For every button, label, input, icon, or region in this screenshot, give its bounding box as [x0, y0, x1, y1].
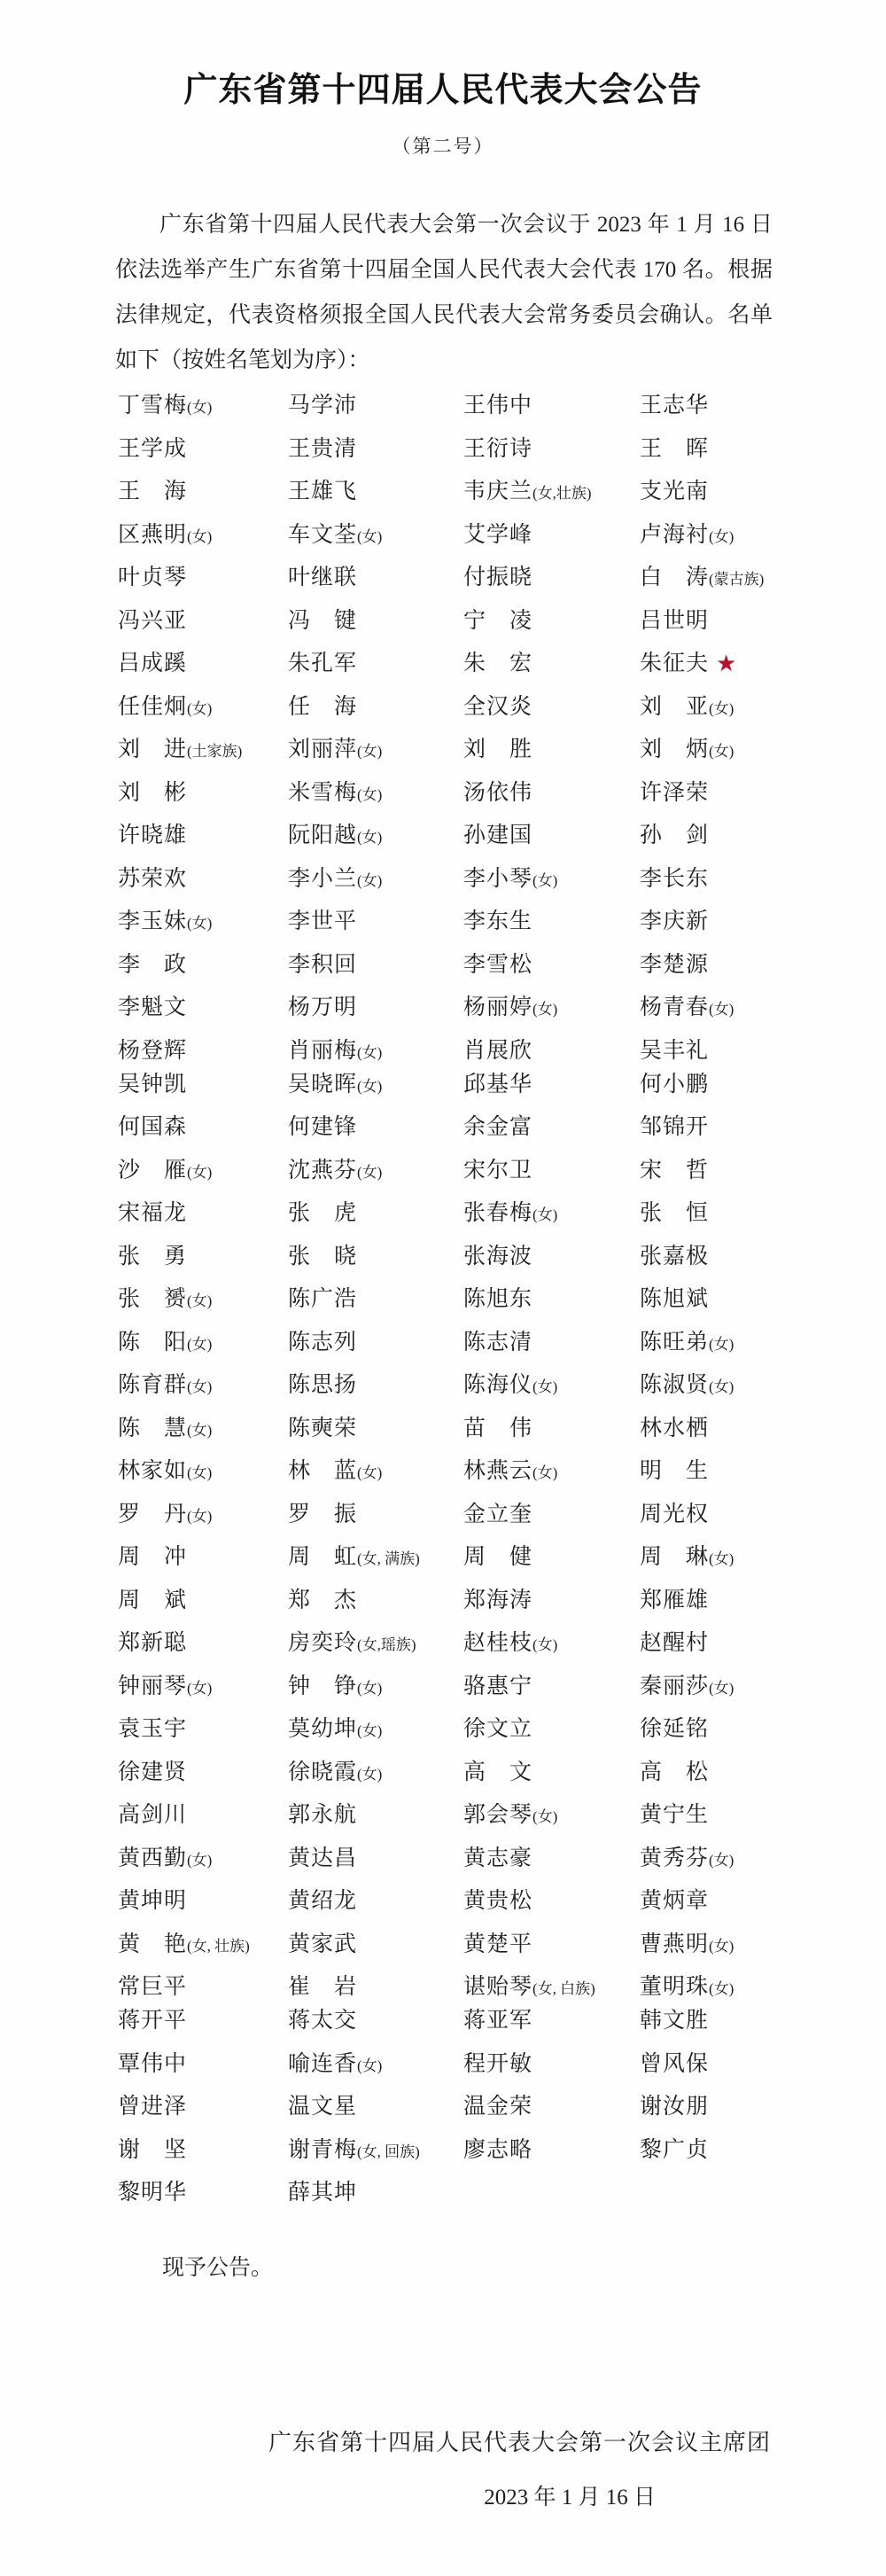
delegate-entry: 高剑川 [118, 1797, 288, 1829]
delegate-name: 王衍诗 [463, 437, 532, 461]
delegate-name: 董明珠 [640, 1975, 709, 1999]
delegate-entry: 韩文胜 [640, 2002, 833, 2034]
delegate-name: 温文星 [288, 2095, 357, 2119]
delegate-entry: 徐晓霞(女) [288, 1754, 463, 1786]
delegate-entry: 区燕明(女) [118, 517, 288, 549]
delegate-name: 罗 振 [288, 1503, 357, 1526]
gender-ethnicity-label: (女) [532, 1378, 557, 1395]
delegate-name: 朱 宏 [463, 652, 532, 675]
gender-ethnicity-label: (女) [187, 1164, 212, 1181]
intro-paragraph: 广东省第十四届人民代表大会第一次会议于 2023 年 1 月 16 日依法选举产… [115, 202, 773, 383]
gender-ethnicity-label: (女) [532, 1636, 557, 1653]
delegate-name: 莫幼坤 [288, 1717, 357, 1741]
delegate-name: 赵醒村 [640, 1631, 709, 1655]
delegate-name: 崔 岩 [288, 1975, 357, 1999]
delegate-name: 骆惠宁 [463, 1674, 532, 1698]
closing-line: 现予公告。 [118, 2250, 273, 2282]
delegate-entry: 林家如(女) [118, 1453, 288, 1485]
delegate-entry: 周 斌 [118, 1582, 288, 1614]
issuer-signature: 广东省第十四届人民代表大会第一次会议主席团 [268, 2424, 771, 2457]
delegate-row: 杨登辉肖丽梅(女)肖展欣吴丰礼 [118, 1033, 833, 1066]
delegate-row: 吴钟凯吴晓晖(女)邱基华何小鹏 [118, 1066, 833, 1110]
delegate-name: 许晓雄 [118, 824, 187, 847]
delegate-row: 丁雪梅(女)马学沛王伟中王志华 [118, 387, 833, 431]
delegate-name: 杨丽婷 [463, 995, 532, 1019]
delegate-name: 黄志豪 [463, 1846, 532, 1870]
delegate-entry: 谢青梅(女, 回族) [288, 2132, 463, 2164]
delegate-entry: 黄绍龙 [288, 1883, 463, 1915]
delegate-entry: 王 海 [118, 473, 288, 505]
delegate-name: 何国森 [118, 1115, 187, 1139]
delegate-row: 吕成蹊朱孔军朱 宏朱征夫★ [118, 645, 833, 689]
gender-ethnicity-label: (女) [187, 1680, 212, 1697]
delegate-name: 吴钟凯 [118, 1073, 187, 1097]
delegate-entry: 丁雪梅(女) [118, 387, 288, 419]
delegate-name: 刘 亚 [640, 695, 709, 719]
delegate-name: 朱征夫 [640, 652, 709, 675]
delegate-entry: 李小琴(女) [463, 861, 640, 893]
delegate-name: 冯 键 [288, 609, 357, 633]
gender-ethnicity-label: (女) [187, 1422, 212, 1439]
gender-ethnicity-label: (女) [709, 743, 734, 760]
delegate-entry: 李雪松 [463, 947, 640, 979]
delegate-entry: 米雪梅(女) [288, 775, 463, 807]
delegate-entry: 周 健 [463, 1539, 640, 1571]
delegate-name: 黄楚平 [463, 1932, 532, 1956]
delegate-name: 黄宁生 [640, 1803, 709, 1827]
delegate-entry: 黎广贞 [640, 2132, 833, 2164]
delegate-entry: 付振晓 [463, 559, 640, 591]
gender-ethnicity-label: (女) [357, 1164, 382, 1181]
gender-ethnicity-label: (女) [709, 1336, 734, 1353]
delegate-name: 赵桂枝 [463, 1631, 532, 1655]
delegate-name: 任佳炯 [118, 695, 187, 719]
document-title: 广东省第十四届人民代表大会公告 [0, 0, 886, 111]
delegate-row: 李玉妹(女)李世平李东生李庆新 [118, 903, 833, 947]
delegate-row: 宋福龙张 虎张春梅(女)张 恒 [118, 1195, 833, 1238]
delegate-name: 蒋太交 [288, 2009, 357, 2033]
delegate-entry: 杨丽婷(女) [463, 989, 640, 1021]
delegate-name: 叶贞琴 [118, 566, 187, 589]
delegate-entry: 廖志略 [463, 2132, 640, 2164]
delegate-name: 陈志清 [463, 1331, 532, 1354]
gender-ethnicity-label: (女, 壮族) [187, 1938, 250, 1955]
delegate-entry: 黄秀芬(女) [640, 1840, 833, 1872]
delegate-entry: 薛其坤 [288, 2174, 463, 2206]
gender-ethnicity-label: (女) [357, 1680, 382, 1697]
delegate-entry: 高 松 [640, 1754, 833, 1786]
delegate-name: 朱孔军 [288, 652, 357, 675]
delegate-entry: 蒋亚军 [463, 2002, 640, 2034]
delegate-row: 冯兴亚冯 键宁 凌吕世明 [118, 603, 833, 646]
delegate-row: 覃伟中喻连香(女)程开敏曾风保 [118, 2046, 833, 2089]
delegate-entry: 程开敏 [463, 2046, 640, 2078]
delegate-row: 周 斌郑 杰郑海涛郑雁雄 [118, 1582, 833, 1626]
delegate-row: 黄 艳(女, 壮族)黄家武黄楚平曹燕明(女) [118, 1926, 833, 1970]
delegate-row: 高剑川郭永航郭会琴(女)黄宁生 [118, 1797, 833, 1840]
delegate-entry: 罗 振 [288, 1496, 463, 1528]
delegate-name: 黄贵松 [463, 1889, 532, 1913]
delegate-entry: 秦丽莎(女) [640, 1668, 833, 1700]
delegate-row: 许晓雄阮阳越(女)孙建国孙 剑 [118, 817, 833, 861]
delegate-entry: 王雄飞 [288, 473, 463, 505]
delegate-name: 刘 彬 [118, 781, 187, 805]
delegate-name: 杨登辉 [118, 1039, 187, 1063]
delegate-entry: 朱孔军 [288, 645, 463, 677]
delegate-name: 王伟中 [463, 394, 532, 418]
delegate-entry: 艾学峰 [463, 517, 640, 549]
delegate-entry: 孙建国 [463, 817, 640, 849]
delegate-entry: 林 蓝(女) [288, 1453, 463, 1485]
delegate-name: 李庆新 [640, 909, 709, 933]
delegate-row: 罗 丹(女)罗 振金立奎周光权 [118, 1496, 833, 1540]
delegate-entry: 黄楚平 [463, 1926, 640, 1958]
delegate-name: 吴晓晖 [288, 1073, 357, 1097]
delegate-entry: 骆惠宁 [463, 1668, 640, 1700]
gender-ethnicity-label: (女) [709, 1938, 734, 1955]
delegate-name: 李魁文 [118, 995, 187, 1019]
delegate-entry: 李积回 [288, 947, 463, 979]
delegate-entry: 孙 剑 [640, 817, 833, 849]
delegate-entry: 林水栖 [640, 1410, 833, 1442]
delegate-name: 林 蓝 [288, 1459, 357, 1483]
delegate-entry: 李庆新 [640, 903, 833, 935]
delegate-name: 王雄飞 [288, 480, 357, 503]
delegate-row: 蒋开平蒋太交蒋亚军韩文胜 [118, 2002, 833, 2046]
delegate-name: 邹锦开 [640, 1115, 709, 1139]
delegate-entry: 郭永航 [288, 1797, 463, 1829]
delegate-row: 黄坤明黄绍龙黄贵松黄炳章 [118, 1883, 833, 1926]
delegate-entry: 刘 进(土家族) [118, 731, 288, 763]
delegate-name: 谢青梅 [288, 2138, 357, 2162]
delegate-row: 王 海王雄飞韦庆兰(女,壮族)支光南 [118, 473, 833, 517]
delegate-name: 米雪梅 [288, 781, 357, 805]
delegate-name: 阮阳越 [288, 824, 357, 847]
delegate-name: 郑新聪 [118, 1631, 187, 1655]
delegate-entry: 张 勇 [118, 1238, 288, 1270]
gender-ethnicity-label: (女) [187, 1508, 212, 1525]
delegate-entry: 陈旭斌 [640, 1281, 833, 1313]
delegate-entry: 罗 丹(女) [118, 1496, 288, 1528]
gender-ethnicity-label: (女) [357, 1722, 382, 1739]
delegate-row: 林家如(女)林 蓝(女)林燕云(女)明 生 [118, 1453, 833, 1496]
gender-ethnicity-label: (女) [357, 1044, 382, 1061]
gender-ethnicity-label: (女) [357, 872, 382, 889]
delegate-name: 周光权 [640, 1503, 709, 1526]
delegate-name: 陈 慧 [118, 1417, 187, 1440]
delegate-name: 付振晓 [463, 566, 532, 589]
delegate-name: 黄西勤 [118, 1846, 187, 1870]
delegate-name: 吕成蹊 [118, 652, 187, 675]
delegate-entry: 黄炳章 [640, 1883, 833, 1915]
delegate-entry: 卢海衬(女) [640, 517, 833, 549]
delegate-entry: 黄贵松 [463, 1883, 640, 1915]
delegate-entry: 吕成蹊 [118, 645, 288, 677]
delegate-name: 马学沛 [288, 394, 357, 418]
delegate-name: 何建锋 [288, 1115, 357, 1139]
gender-ethnicity-label: (女,瑶族) [357, 1636, 416, 1653]
announcement-document: 广东省第十四届人民代表大会公告 （第二号） 广东省第十四届人民代表大会第一次会议… [0, 0, 886, 2576]
delegate-name: 许泽荣 [640, 781, 709, 805]
delegate-entry: 陈 阳(女) [118, 1324, 288, 1356]
delegate-name: 陈旭斌 [640, 1287, 709, 1311]
delegate-name: 金立奎 [463, 1503, 532, 1526]
delegate-name: 苏荣欢 [118, 867, 187, 891]
delegate-entry: 全汉炎 [463, 689, 640, 721]
delegate-name: 宋福龙 [118, 1201, 187, 1225]
delegate-name: 李楚源 [640, 953, 709, 977]
delegate-row: 袁玉宇莫幼坤(女)徐文立徐延铭 [118, 1711, 833, 1754]
delegate-name: 林家如 [118, 1459, 187, 1483]
delegate-name: 李积回 [288, 953, 357, 977]
delegate-name: 邱基华 [463, 1073, 532, 1097]
delegate-name: 陈育群 [118, 1373, 187, 1397]
document-number: （第二号） [0, 132, 886, 159]
delegate-row: 陈 慧(女)陈奭荣苗 伟林水栖 [118, 1410, 833, 1454]
delegate-entry: 吴丰礼 [640, 1033, 833, 1065]
gender-ethnicity-label: (女) [357, 786, 382, 803]
delegate-entry: 张春梅(女) [463, 1195, 640, 1227]
delegate-entry: 冯兴亚 [118, 603, 288, 635]
delegate-name: 陈 阳 [118, 1331, 187, 1354]
delegate-entry: 宋 哲 [640, 1152, 833, 1184]
delegate-entry: 刘 亚(女) [640, 689, 833, 721]
gender-ethnicity-label: (女) [709, 1001, 734, 1018]
delegate-name: 徐延铭 [640, 1717, 709, 1741]
delegate-entry: 邹锦开 [640, 1109, 833, 1141]
delegate-row: 张 赟(女)陈广浩陈旭东陈旭斌 [118, 1281, 833, 1324]
delegate-name: 王 海 [118, 480, 187, 503]
delegate-entry: 郑海涛 [463, 1582, 640, 1614]
delegate-row: 陈 阳(女)陈志列陈志清陈旺弟(女) [118, 1324, 833, 1368]
delegate-name: 李雪松 [463, 953, 532, 977]
gender-ethnicity-label: (女) [709, 1550, 734, 1567]
delegate-entry: 宋尔卫 [463, 1152, 640, 1184]
delegate-name: 廖志略 [463, 2138, 532, 2162]
gender-ethnicity-label: (女) [709, 528, 734, 545]
gender-ethnicity-label: (女) [357, 743, 382, 760]
delegate-name: 程开敏 [463, 2052, 532, 2076]
gender-ethnicity-label: (女, 回族) [357, 2143, 420, 2160]
delegate-entry: 蒋太交 [288, 2002, 463, 2034]
delegate-row: 苏荣欢李小兰(女)李小琴(女)李长东 [118, 861, 833, 904]
delegate-row: 郑新聪房奕玲(女,瑶族)赵桂枝(女)赵醒村 [118, 1625, 833, 1668]
gender-ethnicity-label: (女) [187, 1336, 212, 1353]
gender-ethnicity-label: (女) [187, 399, 212, 416]
delegate-name: 李小琴 [463, 867, 532, 891]
delegate-entry: 徐文立 [463, 1711, 640, 1743]
delegate-name: 余金富 [463, 1115, 532, 1139]
delegate-entry: 肖展欣 [463, 1033, 640, 1065]
delegate-entry: 徐延铭 [640, 1711, 833, 1743]
delegate-entry: 黄宁生 [640, 1797, 833, 1829]
delegate-entry: 韦庆兰(女,壮族) [463, 473, 640, 505]
delegate-name: 周 虹 [288, 1545, 357, 1569]
delegate-name: 高 文 [463, 1760, 532, 1784]
delegate-name: 张 勇 [118, 1245, 187, 1268]
delegate-name: 钟丽琴 [118, 1674, 187, 1698]
delegate-entry: 郑新聪 [118, 1625, 288, 1657]
delegate-entry: 冯 键 [288, 603, 463, 635]
delegate-name: 陈淑贤 [640, 1373, 709, 1397]
delegate-row: 李 政李积回李雪松李楚源 [118, 947, 833, 990]
delegate-name: 谢汝朋 [640, 2095, 709, 2119]
delegate-name: 卢海衬 [640, 523, 709, 547]
delegate-entry: 钟丽琴(女) [118, 1668, 288, 1700]
delegate-entry: 钟 铮(女) [288, 1668, 463, 1700]
delegate-name: 秦丽莎 [640, 1674, 709, 1698]
delegate-name: 支光南 [640, 480, 709, 503]
delegate-name: 张 恒 [640, 1201, 709, 1225]
delegate-name: 王志华 [640, 394, 709, 418]
delegate-entry: 王伟中 [463, 387, 640, 419]
delegate-entry: 马学沛 [288, 387, 463, 419]
delegate-entry: 赵醒村 [640, 1625, 833, 1657]
delegate-row: 张 勇张 晓张海波张嘉极 [118, 1238, 833, 1282]
delegate-entry: 吴晓晖(女) [288, 1066, 463, 1098]
gender-ethnicity-label: (女) [357, 1766, 382, 1783]
gender-ethnicity-label: (女) [357, 1078, 382, 1095]
gender-ethnicity-label: (女) [187, 1852, 212, 1869]
delegate-entry: 明 生 [640, 1453, 833, 1485]
gender-ethnicity-label: (女) [187, 700, 212, 717]
delegate-entry: 曾风保 [640, 2046, 833, 2078]
issue-date: 2023 年 1 月 16 日 [484, 2479, 656, 2511]
delegate-row: 徐建贤徐晓霞(女)高 文高 松 [118, 1754, 833, 1798]
delegate-name: 郑雁雄 [640, 1589, 709, 1612]
delegate-entry: 崔 岩 [288, 1969, 463, 2001]
delegate-name: 艾学峰 [463, 523, 532, 547]
gender-ethnicity-label: (女) [357, 829, 382, 846]
delegate-name: 曾风保 [640, 2052, 709, 2076]
delegate-name: 王学成 [118, 437, 187, 461]
delegate-entry: 许泽荣 [640, 775, 833, 807]
gender-ethnicity-label: (女,壮族) [532, 485, 592, 502]
delegate-name: 李世平 [288, 909, 357, 933]
gender-ethnicity-label: (女) [709, 1852, 734, 1869]
gender-ethnicity-label: (女) [187, 1378, 212, 1395]
delegate-name: 房奕玲 [288, 1631, 357, 1655]
delegate-name: 张海波 [463, 1245, 532, 1268]
delegate-name: 薛其坤 [288, 2181, 357, 2205]
delegate-entry: 郭会琴(女) [463, 1797, 640, 1829]
delegate-entry: 陈思扬 [288, 1367, 463, 1399]
delegate-row: 刘 进(土家族)刘丽萍(女)刘 胜刘 炳(女) [118, 731, 833, 775]
delegate-entry: 邱基华 [463, 1066, 640, 1098]
delegate-name: 张 赟 [118, 1287, 187, 1311]
delegate-name: 钟 铮 [288, 1674, 357, 1698]
delegate-entry: 曾进泽 [118, 2088, 288, 2120]
delegate-entry: 汤依伟 [463, 775, 640, 807]
delegate-entry: 李长东 [640, 861, 833, 893]
delegate-entry: 吕世明 [640, 603, 833, 635]
delegate-entry: 张 晓 [288, 1238, 463, 1270]
delegate-row: 谢 坚谢青梅(女, 回族)廖志略黎广贞 [118, 2132, 833, 2175]
delegate-entry: 王贵清 [288, 431, 463, 463]
delegate-entry: 陈志列 [288, 1324, 463, 1356]
delegate-entry: 黄西勤(女) [118, 1840, 288, 1872]
delegate-row: 叶贞琴叶继联付振晓白 涛(蒙古族) [118, 559, 833, 603]
delegate-name: 徐建贤 [118, 1760, 187, 1784]
delegate-name: 李小兰 [288, 867, 357, 891]
delegate-entry: 王衍诗 [463, 431, 640, 463]
delegate-entry: 李东生 [463, 903, 640, 935]
delegate-name: 区燕明 [118, 523, 187, 547]
gender-ethnicity-label: (女) [357, 1464, 382, 1481]
delegate-entry: 周光权 [640, 1496, 833, 1528]
delegate-name: 常巨平 [118, 1975, 187, 1999]
delegate-name: 黄达昌 [288, 1846, 357, 1870]
delegate-row: 刘 彬米雪梅(女)汤依伟许泽荣 [118, 775, 833, 818]
delegate-name: 陈奭荣 [288, 1417, 357, 1440]
delegate-entry: 张嘉极 [640, 1238, 833, 1270]
delegate-name: 陈旺弟 [640, 1331, 709, 1354]
delegate-entry: 周 冲 [118, 1539, 288, 1571]
delegate-entry: 陈志清 [463, 1324, 640, 1356]
delegate-name: 明 生 [640, 1459, 709, 1483]
delegate-entry: 陈育群(女) [118, 1367, 288, 1399]
gender-ethnicity-label: (女, 满族) [357, 1550, 420, 1567]
delegate-name: 温金荣 [463, 2095, 532, 2119]
delegate-row: 曾进泽温文星温金荣谢汝朋 [118, 2088, 833, 2132]
delegate-entry: 喻连香(女) [288, 2046, 463, 2078]
delegate-entry: 陈奭荣 [288, 1410, 463, 1442]
delegate-name: 杨青春 [640, 995, 709, 1019]
delegate-entry: 李魁文 [118, 989, 288, 1021]
delegate-name: 黎广贞 [640, 2138, 709, 2162]
gender-ethnicity-label: (女) [187, 915, 212, 932]
delegate-entry: 陈广浩 [288, 1281, 463, 1313]
delegate-entry: 叶继联 [288, 559, 463, 591]
delegate-name: 宁 凌 [463, 609, 532, 633]
delegate-row: 李魁文杨万明杨丽婷(女)杨青春(女) [118, 989, 833, 1033]
delegate-name: 曹燕明 [640, 1932, 709, 1956]
delegate-name: 韩文胜 [640, 2009, 709, 2033]
delegate-entry: 郑雁雄 [640, 1582, 833, 1614]
delegate-name: 曾进泽 [118, 2095, 187, 2119]
delegate-row: 黎明华薛其坤 [118, 2174, 833, 2218]
delegate-entry: 张 虎 [288, 1195, 463, 1227]
delegate-entry: 杨登辉 [118, 1033, 288, 1065]
delegate-name: 杨万明 [288, 995, 357, 1019]
delegate-name: 谢 坚 [118, 2138, 187, 2162]
delegate-entry: 周 虹(女, 满族) [288, 1539, 463, 1571]
delegate-name: 喻连香 [288, 2052, 357, 2076]
delegate-entry: 李楚源 [640, 947, 833, 979]
delegate-name: 李东生 [463, 909, 532, 933]
delegate-entry: 黄坤明 [118, 1883, 288, 1915]
delegate-entry: 谢 坚 [118, 2132, 288, 2164]
delegate-entry: 沈燕芬(女) [288, 1152, 463, 1184]
delegate-name: 蒋开平 [118, 2009, 187, 2033]
delegate-name: 沙 雁 [118, 1159, 187, 1183]
delegate-entry: 曹燕明(女) [640, 1926, 833, 1958]
delegate-entry: 赵桂枝(女) [463, 1625, 640, 1657]
delegate-name: 肖展欣 [463, 1039, 532, 1063]
delegate-entry: 黎明华 [118, 2174, 288, 2206]
delegate-entry: 张 赟(女) [118, 1281, 288, 1313]
delegate-name: 张春梅 [463, 1201, 532, 1225]
delegate-name: 白 涛 [640, 566, 709, 589]
delegate-row: 何国森何建锋余金富邹锦开 [118, 1109, 833, 1152]
delegate-name: 苗 伟 [463, 1417, 532, 1440]
delegate-entry: 苏荣欢 [118, 861, 288, 893]
gender-ethnicity-label: (女) [709, 1680, 734, 1697]
delegate-entry: 沙 雁(女) [118, 1152, 288, 1184]
delegate-entry: 金立奎 [463, 1496, 640, 1528]
delegate-name: 林燕云 [463, 1459, 532, 1483]
gender-ethnicity-label: (女) [357, 528, 382, 545]
